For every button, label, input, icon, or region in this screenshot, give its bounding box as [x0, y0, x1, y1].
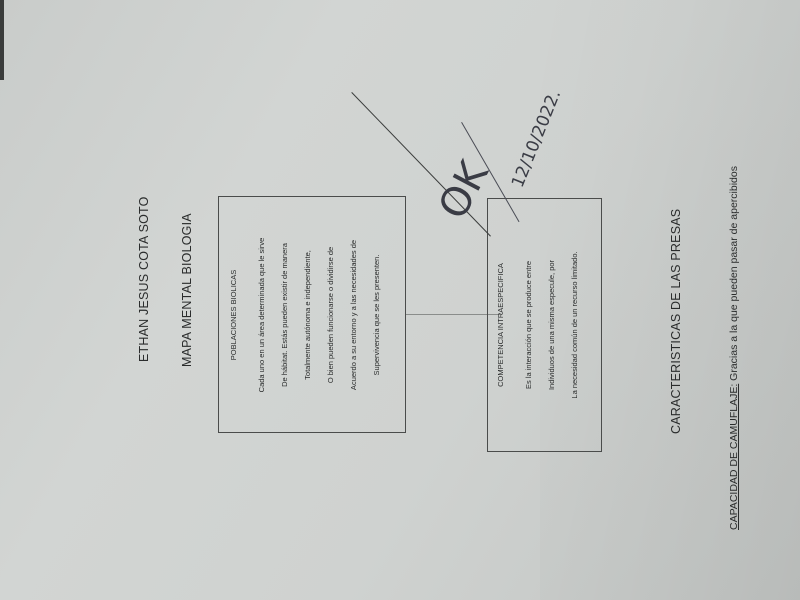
box-line: De hábitat. Estás pueden existir de mane…	[273, 205, 296, 425]
box-competencia-heading: COMPETENCIA INTRAESPECIFICA	[496, 205, 505, 445]
box-line: La necesidad común de un recurso limitad…	[563, 205, 586, 445]
box-line: Individuos de una misma especule, por	[540, 205, 563, 445]
box-line: Acuerdo a su entorno y a las necesidades…	[342, 205, 365, 425]
document-title: MAPA MENTAL BIOLOGIA	[180, 213, 194, 367]
box-poblaciones-content: POBLACIONES BIOLICAS Cada uno en un área…	[229, 205, 388, 425]
section-title: CARACTERISTICAS DE LAS PRESAS	[669, 209, 683, 434]
author-name: ETHAN JESUS COTA SOTO	[137, 196, 151, 362]
connector-line	[405, 314, 500, 315]
box-competencia-content: COMPETENCIA INTRAESPECIFICA Es la intera…	[496, 205, 586, 445]
paper-edge	[0, 0, 4, 80]
box-poblaciones: POBLACIONES BIOLICAS Cada uno en un área…	[218, 196, 406, 433]
box-poblaciones-heading: POBLACIONES BIOLICAS	[229, 205, 238, 425]
camouflage-line: CAPACIDAD DE CAMUFLAJE: Gracias a la que…	[728, 166, 740, 530]
box-line: Totalmente autónoma e independiente,	[296, 205, 319, 425]
box-competencia: COMPETENCIA INTRAESPECIFICA Es la intera…	[487, 198, 602, 452]
box-line: Supervivencia que se les presenten.	[365, 205, 388, 425]
box-line: O bien pueden funcionarse o dividirse de	[319, 205, 342, 425]
box-line: Es la interacción que se produce entre	[517, 205, 540, 445]
camouflage-label: CAPACIDAD DE CAMUFLAJE:	[728, 384, 740, 530]
box-line: Cada uno en un área determinada que le s…	[250, 205, 273, 425]
camouflage-text: Gracias a la que pueden pasar de apercib…	[728, 166, 740, 381]
